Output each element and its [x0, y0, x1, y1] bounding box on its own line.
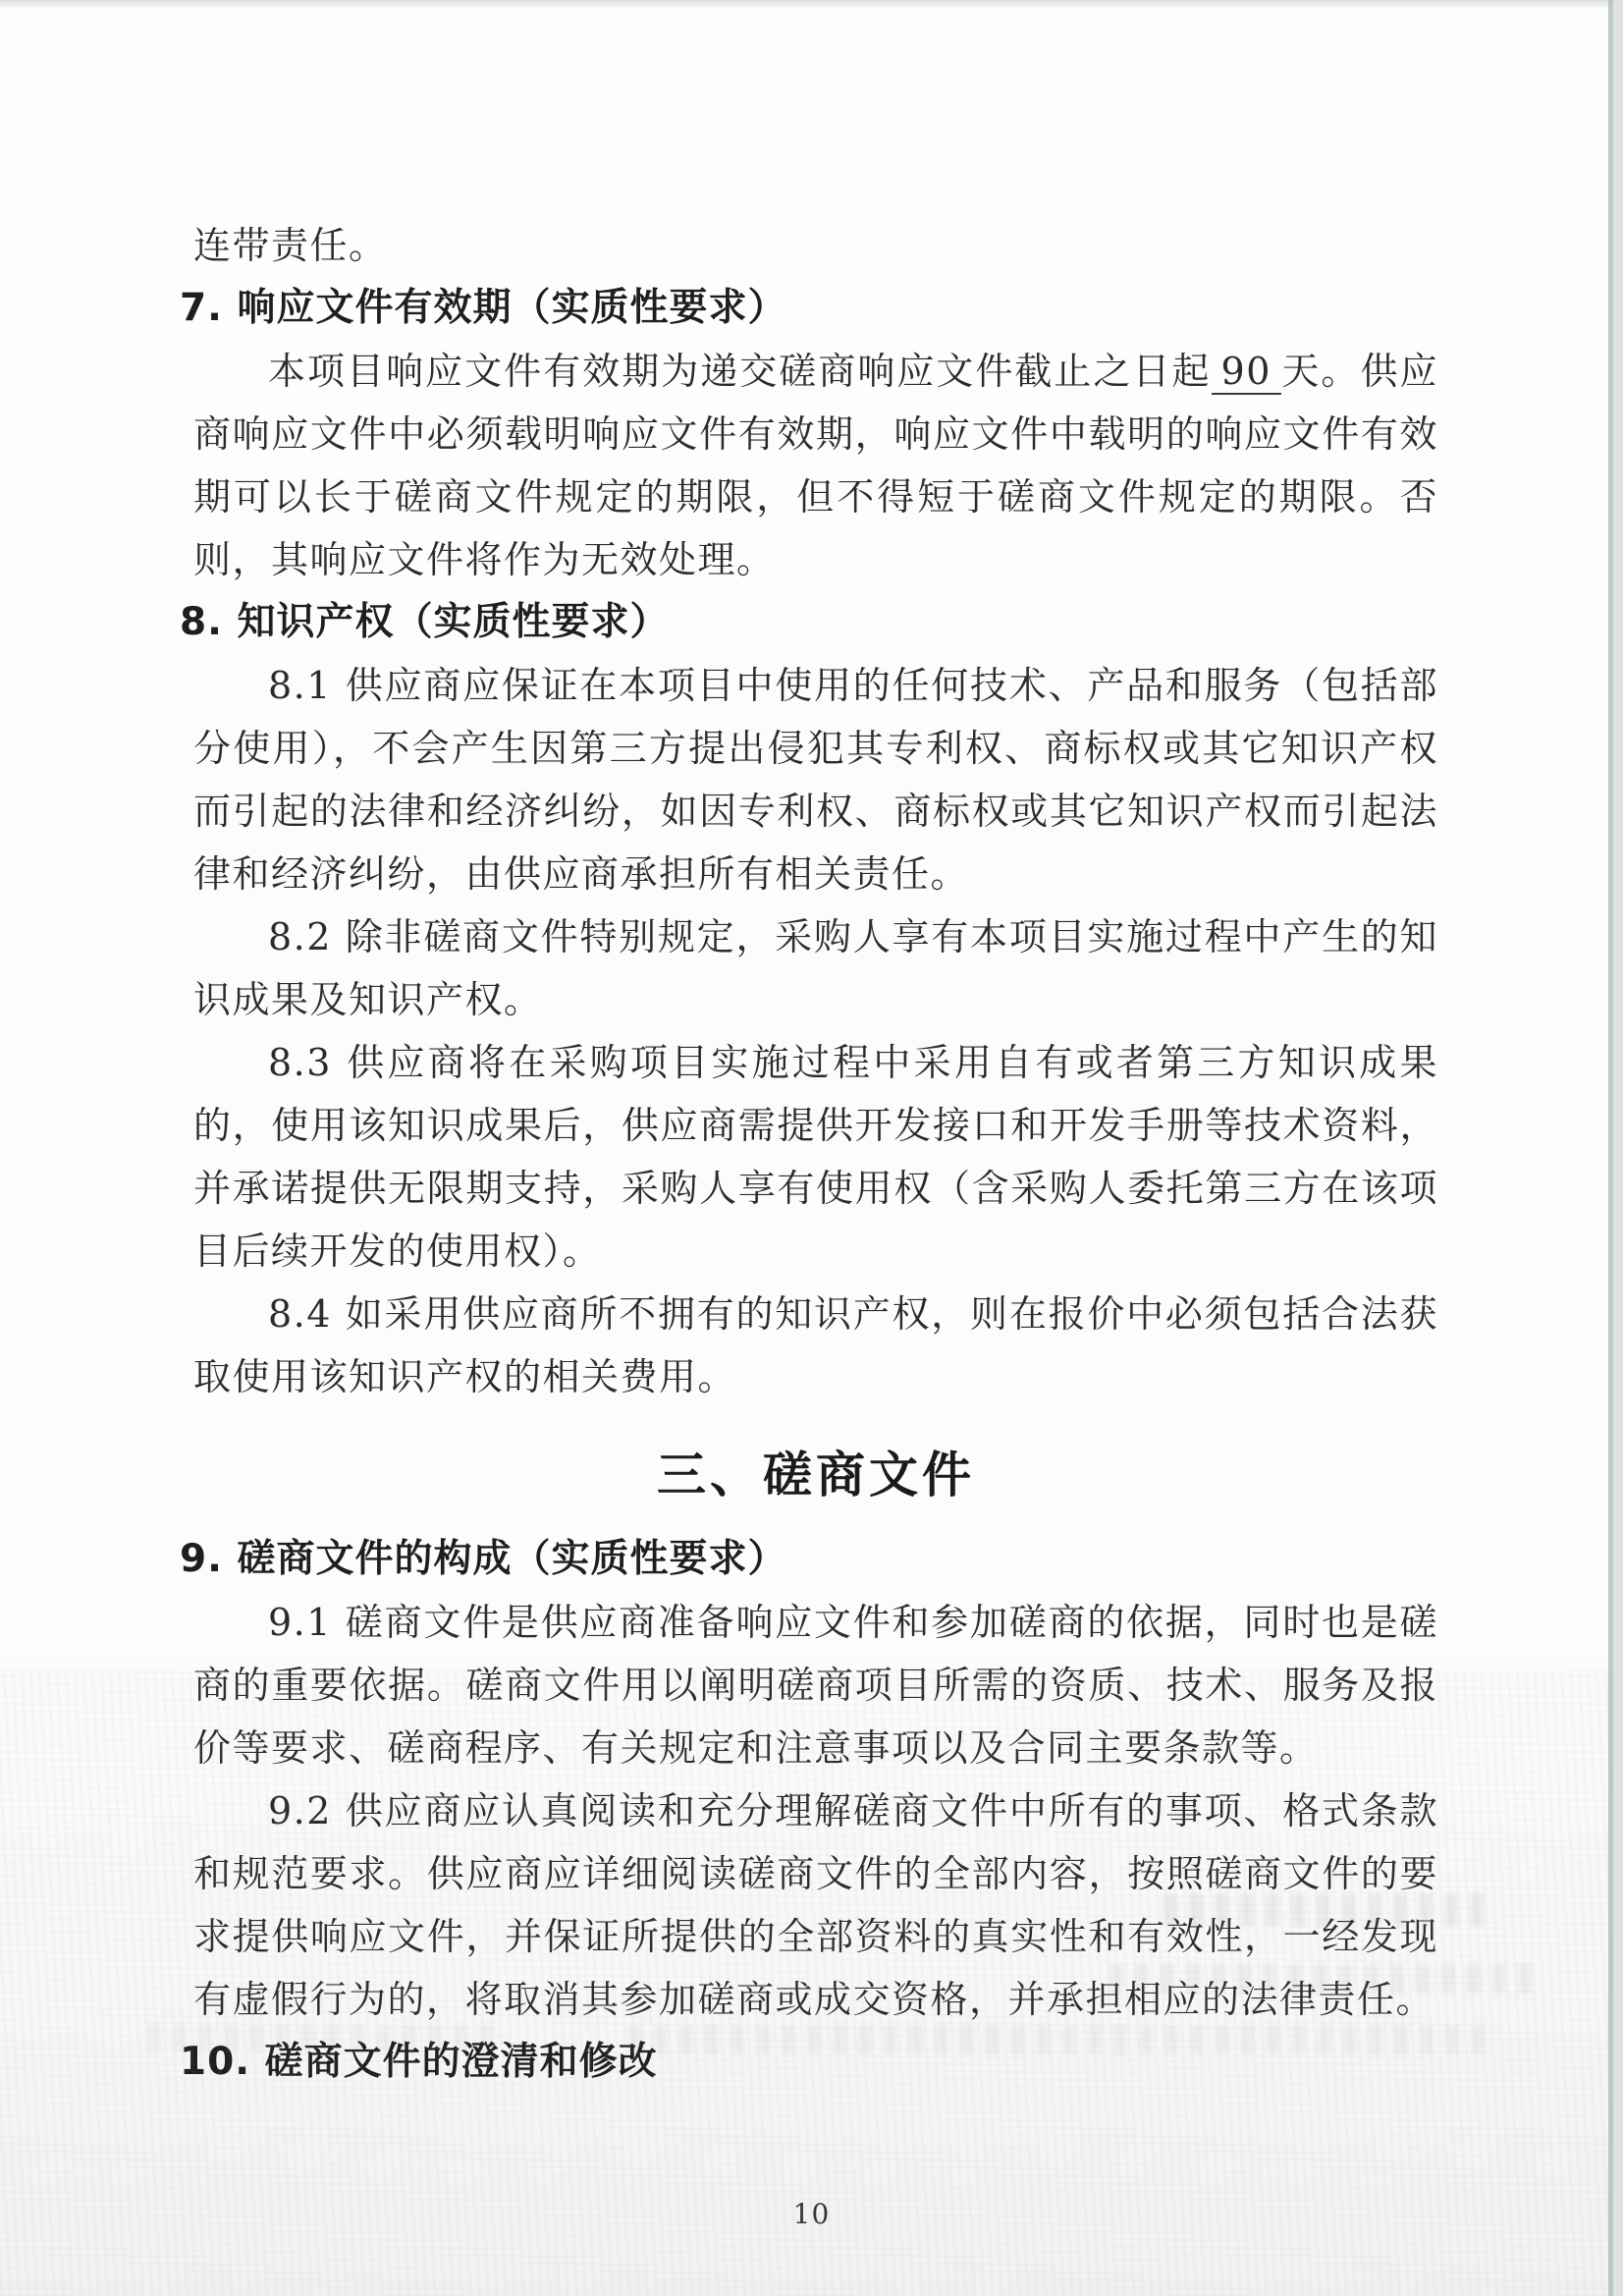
scan-edge-outer — [1613, 0, 1623, 2296]
para-8-2: 8.2 除非磋商文件特别规定，采购人享有本项目实施过程中产生的知识成果及知识产权… — [193, 905, 1438, 1031]
para-7-validity: 本项目响应文件有效期为递交磋商响应文件截止之日起90天。供应商响应文件中必须载明… — [193, 340, 1438, 591]
page-number: 10 — [0, 2198, 1623, 2230]
para-8-3: 8.3 供应商将在采购项目实施过程中采用自有或者第三方知识成果的，使用该知识成果… — [193, 1031, 1438, 1283]
section-title-consultation-documents: 三、磋商文件 — [193, 1434, 1438, 1516]
document-content: 连带责任。 7. 响应文件有效期（实质性要求） 本项目响应文件有效期为递交磋商响… — [193, 214, 1438, 2094]
para-8-4: 8.4 如采用供应商所不拥有的知识产权，则在报价中必须包括合法获取使用该知识产权… — [193, 1283, 1438, 1408]
para-7-text-before: 本项目响应文件有效期为递交磋商响应文件截止之日起 — [268, 350, 1212, 393]
heading-clause-8: 8. 知识产权（实质性要求） — [180, 591, 1438, 654]
heading-clause-9: 9. 磋商文件的构成（实质性要求） — [180, 1528, 1438, 1591]
heading-clause-7: 7. 响应文件有效期（实质性要求） — [180, 277, 1438, 340]
validity-days-underlined: 90 — [1212, 350, 1281, 395]
para-8-1: 8.1 供应商应保证在本项目中使用的任何技术、产品和服务（包括部分使用），不会产… — [193, 654, 1438, 905]
para-9-2: 9.2 供应商应认真阅读和充分理解磋商文件中所有的事项、格式条款和规范要求。供应… — [193, 1779, 1438, 2031]
para-9-1: 9.1 磋商文件是供应商准备响应文件和参加磋商的依据，同时也是磋商的重要依据。磋… — [193, 1591, 1438, 1779]
para-liability-carryover: 连带责任。 — [193, 214, 1438, 277]
heading-clause-10: 10. 磋商文件的澄清和修改 — [180, 2031, 1438, 2094]
document-page: 连带责任。 7. 响应文件有效期（实质性要求） 本项目响应文件有效期为递交磋商响… — [0, 0, 1623, 2296]
scan-top-band — [0, 0, 1623, 9]
